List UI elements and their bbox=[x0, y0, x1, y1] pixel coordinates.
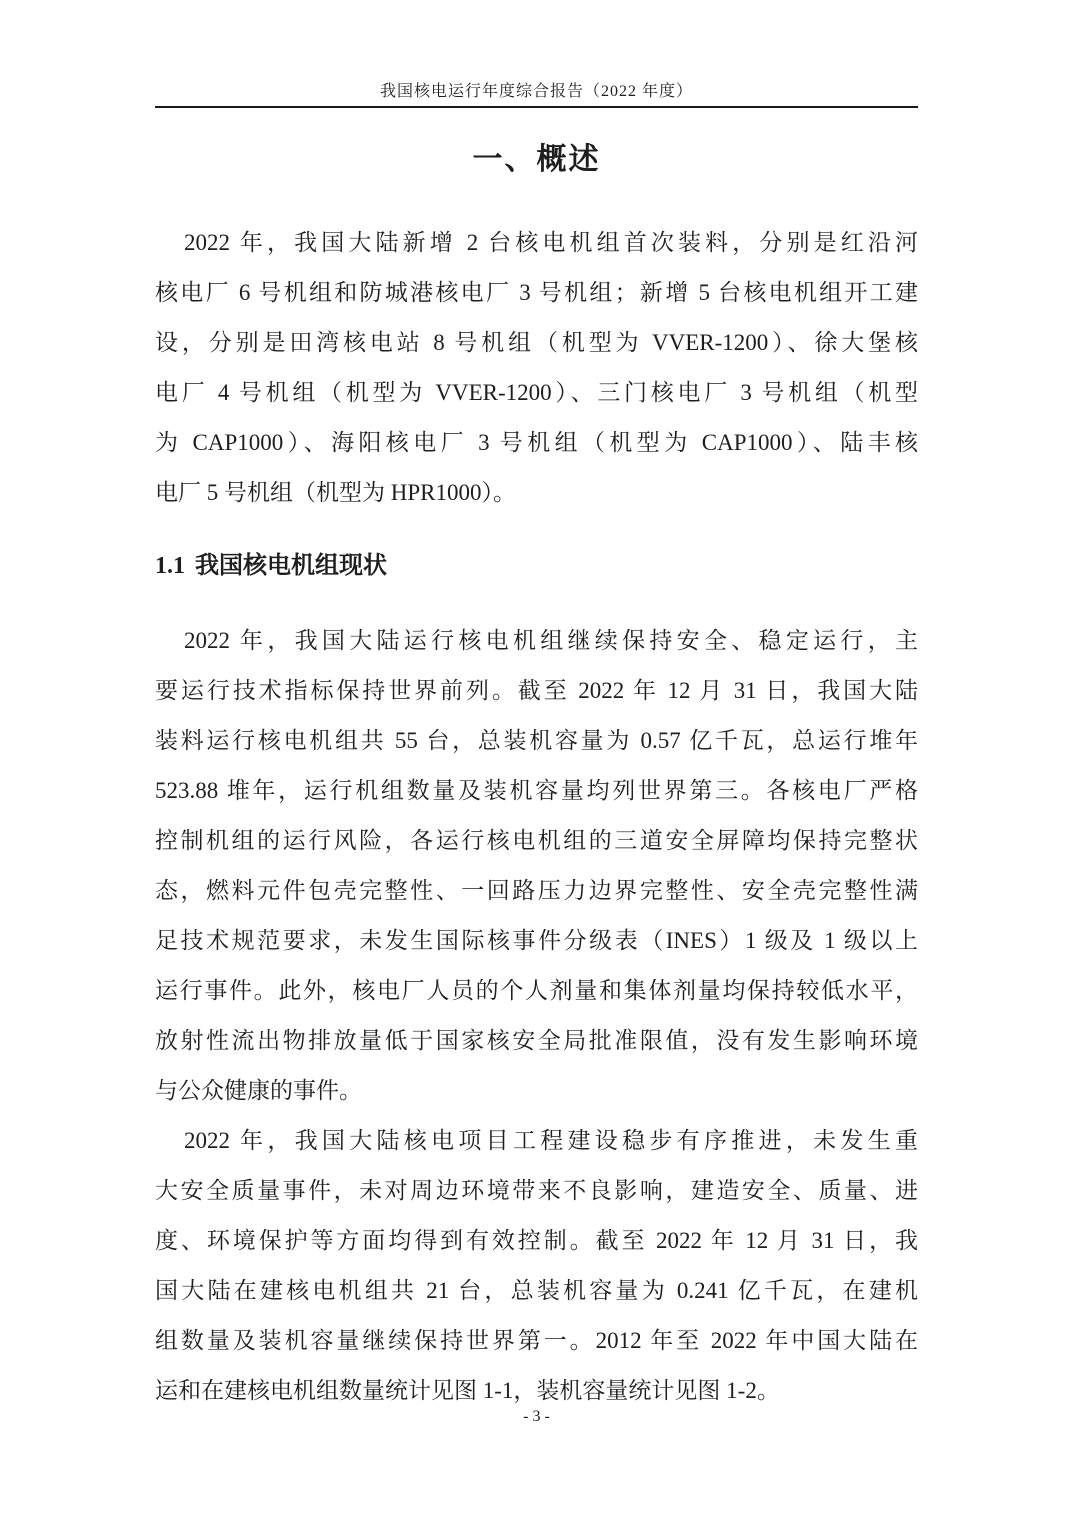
paragraph: 2022 年，我国大陆运行核电机组继续保持安全、稳定运行，主要运行技术指标保持世… bbox=[155, 616, 918, 1116]
section-number: 1.1 bbox=[155, 553, 185, 579]
text-line: 523.88 堆年，运行机组数量及装机容量均列世界第三。各核电厂严格 bbox=[155, 766, 918, 816]
text-line: 2022 年，我国大陆运行核电机组继续保持安全、稳定运行，主 bbox=[155, 616, 918, 666]
text-line: 设，分别是田湾核电站 8 号机组（机型为 VVER-1200）、徐大堡核 bbox=[155, 318, 918, 368]
paragraph: 2022 年，我国大陆核电项目工程建设稳步有序推进，未发生重大安全质量事件，未对… bbox=[155, 1116, 918, 1416]
text-line: 要运行技术指标保持世界前列。截至 2022 年 12 月 31 日，我国大陆 bbox=[155, 666, 918, 716]
text-line: 核电厂 6 号机组和防城港核电厂 3 号机组；新增 5 台核电机组开工建 bbox=[155, 268, 918, 318]
text-line: 2022 年，我国大陆核电项目工程建设稳步有序推进，未发生重 bbox=[155, 1116, 918, 1166]
text-line: 组数量及装机容量继续保持世界第一。2012 年至 2022 年中国大陆在 bbox=[155, 1316, 918, 1366]
text-line: 为 CAP1000）、海阳核电厂 3 号机组（机型为 CAP1000）、陆丰核 bbox=[155, 418, 918, 468]
text-line: 大安全质量事件，未对周边环境带来不良影响，建造安全、质量、进 bbox=[155, 1166, 918, 1216]
text-line: 放射性流出物排放量低于国家核安全局批准限值，没有发生影响环境 bbox=[155, 1016, 918, 1066]
text-line: 控制机组的运行风险，各运行核电机组的三道安全屏障均保持完整状 bbox=[155, 816, 918, 866]
text-line: 2022 年，我国大陆新增 2 台核电机组首次装料，分别是红沿河 bbox=[155, 218, 918, 268]
text-line: 运行事件。此外，核电厂人员的个人剂量和集体剂量均保持较低水平， bbox=[155, 966, 918, 1016]
text-line: 装料运行核电机组共 55 台，总装机容量为 0.57 亿千瓦，总运行堆年 bbox=[155, 716, 918, 766]
text-line: 电厂 5 号机组（机型为 HPR1000）。 bbox=[155, 468, 918, 518]
section-title: 我国核电机组现状 bbox=[195, 553, 387, 579]
document-page: 我国核电运行年度综合报告（2022 年度） 一、概述 2022 年，我国大陆新增… bbox=[0, 0, 1080, 1527]
text-line: 足技术规范要求，未发生国际核事件分级表（INES）1 级及 1 级以上 bbox=[155, 916, 918, 966]
running-header-text: 我国核电运行年度综合报告（2022 年度） bbox=[380, 83, 693, 100]
text-line: 国大陆在建核电机组共 21 台，总装机容量为 0.241 亿千瓦，在建机 bbox=[155, 1266, 918, 1316]
section-heading: 1.1我国核电机组现状 bbox=[155, 548, 918, 584]
paragraph: 2022 年，我国大陆新增 2 台核电机组首次装料，分别是红沿河核电厂 6 号机… bbox=[155, 218, 918, 518]
chapter-title: 一、概述 bbox=[155, 140, 918, 180]
text-line: 电厂 4 号机组（机型为 VVER-1200）、三门核电厂 3 号机组（机型 bbox=[155, 368, 918, 418]
text-line: 度、环境保护等方面均得到有效控制。截至 2022 年 12 月 31 日，我 bbox=[155, 1216, 918, 1266]
text-line: 与公众健康的事件。 bbox=[155, 1066, 918, 1116]
text-line: 态，燃料元件包壳完整性、一回路压力边界完整性、安全壳完整性满 bbox=[155, 866, 918, 916]
running-header: 我国核电运行年度综合报告（2022 年度） bbox=[155, 0, 918, 108]
content-column: 我国核电运行年度综合报告（2022 年度） 一、概述 2022 年，我国大陆新增… bbox=[155, 0, 918, 1426]
